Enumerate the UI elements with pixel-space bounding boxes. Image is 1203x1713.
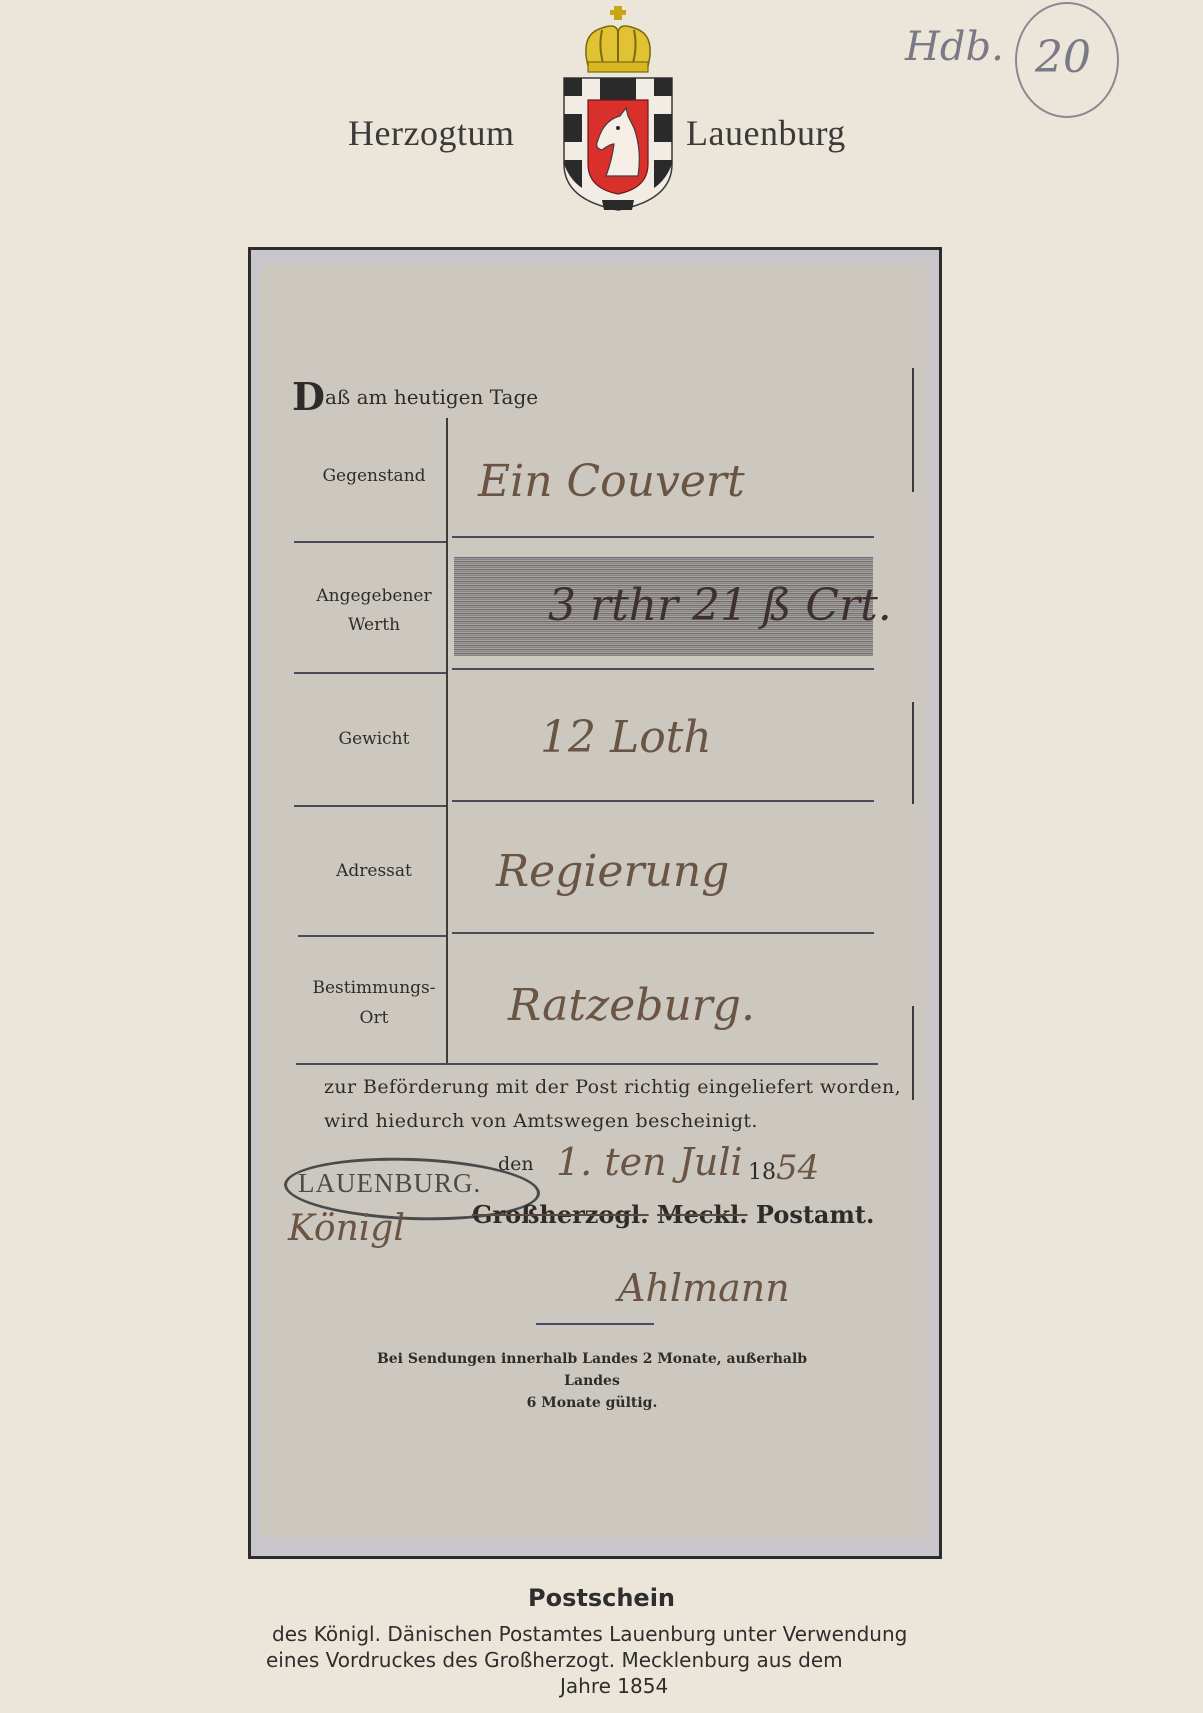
coat-of-arms-icon xyxy=(558,4,678,212)
caption-line-2: eines Vordruckes des Großherzogt. Meckle… xyxy=(266,1648,843,1672)
handwritten-koenigl: Königl xyxy=(288,1208,405,1249)
label-angegebener: Angegebener xyxy=(300,582,448,610)
row-rule xyxy=(452,668,874,670)
label-werth: Werth xyxy=(300,611,448,639)
margin-rule xyxy=(912,368,914,492)
struck-meckl: Meckl. xyxy=(657,1200,748,1229)
circled-number-text: 20 xyxy=(1035,32,1091,83)
handwritten-date: 1. ten Juli xyxy=(556,1140,743,1184)
pencil-circled-number: 20 xyxy=(1015,2,1119,118)
caption-title: Postschein xyxy=(0,1584,1203,1612)
margin-rule xyxy=(912,1006,914,1100)
pencil-annotation: Hdb. xyxy=(905,24,1004,70)
signature-rule xyxy=(536,1323,654,1325)
label-bestimmungs: Bestimmungs- xyxy=(300,974,448,1002)
year-printed-digits: 18 xyxy=(748,1160,776,1185)
label-gewicht: Gewicht xyxy=(300,725,448,753)
handwritten-adressat: Regierung xyxy=(496,846,729,897)
label-ort: Ort xyxy=(300,1004,448,1032)
intro-rest: aß am heutigen Tage xyxy=(325,385,538,409)
certification-line: wird hiedurch von Amtswegen bescheinigt. xyxy=(324,1104,901,1138)
row-rule xyxy=(294,805,446,807)
postmark-text: LAUENBURG. xyxy=(298,1168,481,1199)
header-title-right: Lauenburg xyxy=(686,112,846,154)
row-rule xyxy=(452,932,874,934)
year-handwritten: 54 xyxy=(776,1148,819,1188)
caption-line-3: Jahre 1854 xyxy=(560,1674,668,1698)
intro-text: Daß am heutigen Tage xyxy=(292,374,538,419)
certification-line: zur Beförderung mit der Post richtig ein… xyxy=(324,1070,901,1104)
postamt-word: Postamt. xyxy=(756,1200,874,1229)
row-rule xyxy=(294,672,446,674)
handwritten-gewicht: 12 Loth xyxy=(540,712,712,763)
handwritten-werth: 3 rthr 21 ß Crt. xyxy=(548,580,892,631)
handwritten-gegenstand: Ein Couvert xyxy=(478,456,745,507)
postamt-line: Großherzogl. Meckl. Postamt. xyxy=(472,1200,874,1229)
certification-text: zur Beförderung mit der Post richtig ein… xyxy=(324,1070,901,1138)
struck-grossherzogl: Großherzogl. xyxy=(472,1200,649,1229)
signature: Ahlmann xyxy=(618,1266,790,1310)
label-gegenstand: Gegenstand xyxy=(300,462,448,490)
footnote-line: 6 Monate gültig. xyxy=(362,1392,822,1414)
handwritten-bestimmungsort: Ratzeburg. xyxy=(508,980,755,1031)
label-adressat: Adressat xyxy=(300,857,448,885)
footnote-line: Bei Sendungen innerhalb Landes 2 Monate,… xyxy=(362,1348,822,1392)
intro-initial: D xyxy=(292,374,325,419)
row-rule xyxy=(452,800,874,802)
caption-line-1: des Königl. Dänischen Postamtes Lauenbur… xyxy=(272,1622,907,1646)
row-rule xyxy=(294,541,446,543)
header-title-left: Herzogtum xyxy=(348,112,514,154)
validity-footnote: Bei Sendungen innerhalb Landes 2 Monate,… xyxy=(362,1348,822,1414)
year-printed: 1854 xyxy=(748,1148,819,1188)
row-rule xyxy=(296,1063,878,1065)
crown-icon xyxy=(586,6,650,72)
row-rule xyxy=(452,536,874,538)
row-rule xyxy=(298,935,446,937)
margin-rule xyxy=(912,702,914,804)
